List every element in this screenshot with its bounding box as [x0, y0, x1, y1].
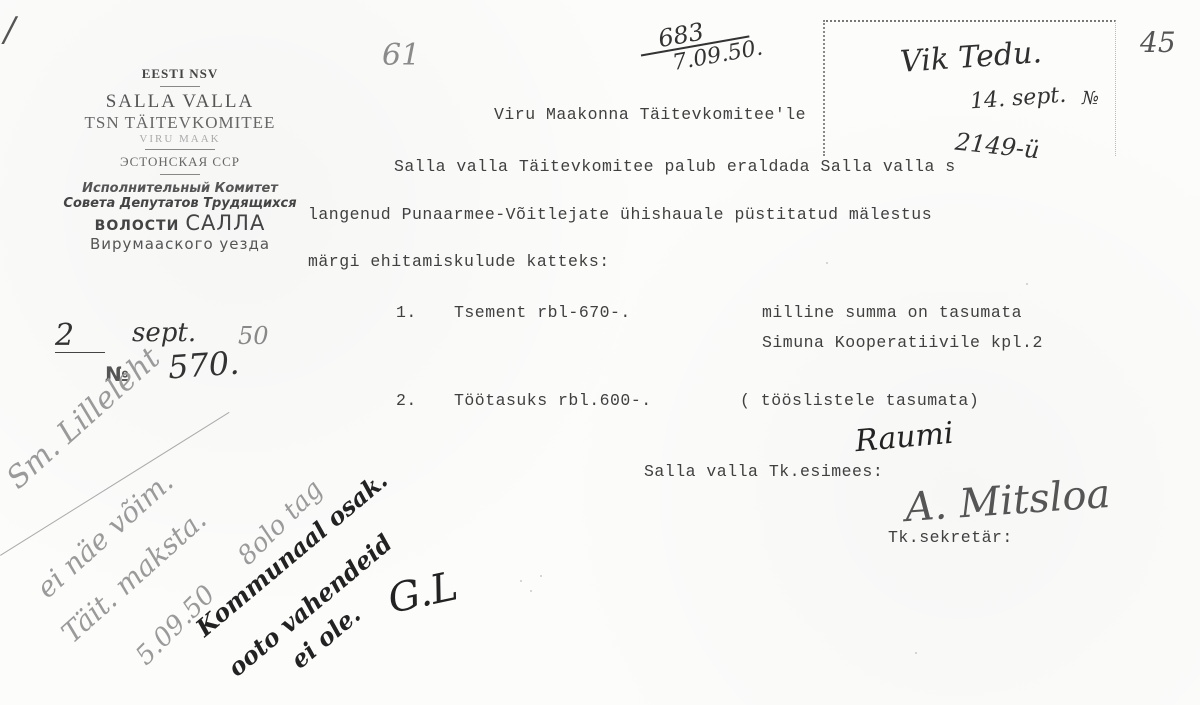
secretary-label: Tk.sekretär:	[888, 528, 1013, 547]
chairman-signature: Raumi	[854, 416, 955, 459]
incoming-registration: 683 7.09.50.	[636, 8, 764, 81]
stamp-line-uezda: Вирумааского уезда	[40, 235, 320, 253]
stamp-rule	[160, 86, 200, 87]
item-1-number: 1.	[396, 303, 417, 322]
item-2-note: ( tööslistele tasumata)	[740, 391, 979, 410]
item-1-note-line1: milline summa on tasumata	[762, 303, 1022, 322]
archive-folio-number: 45	[1140, 26, 1176, 59]
received-note-number-sign: №	[1082, 88, 1099, 109]
item-1-note-line2: Simuna Kooperatiivile kpl.2	[762, 333, 1043, 352]
issuer-stamp: EESTI NSV SALLA VALLA TSN TÄITEVKOMITEE …	[40, 60, 320, 253]
margin-note-initials: G.L	[384, 563, 462, 623]
stamp-line-volosti: ВОЛОСТИСАЛЛА	[40, 211, 320, 235]
scan-speck	[540, 575, 542, 577]
archive-sheet-number: 61	[382, 38, 420, 73]
stamp-volosti-prefix: ВОЛОСТИ	[95, 218, 180, 234]
stamp-date-day: 2	[55, 318, 74, 353]
item-2-label: Töötasuks rbl.600-.	[454, 391, 652, 410]
stamp-line-estonian-ssr: ЭСТОНСКАЯ ССР	[40, 154, 320, 170]
margin-note-light-line1: Sm. Lilleleht	[0, 341, 167, 496]
body-line-1: Salla valla Täitevkomitee palub eraldada…	[394, 157, 956, 176]
item-2-number: 2.	[396, 391, 417, 410]
chairman-label: Salla valla Tk.esimees:	[644, 462, 883, 481]
stamp-line-tsn: TSN TÄITEVKOMITEE	[40, 113, 320, 133]
stamp-rule	[160, 174, 200, 175]
stamp-number-value: 570.	[167, 344, 241, 387]
stamp-date-year: 50	[238, 322, 269, 350]
stamp-line-eesti-nsv: EESTI NSV	[40, 66, 320, 82]
stamp-date-underline	[55, 352, 105, 353]
scan-speck	[915, 652, 917, 654]
scan-speck	[520, 580, 522, 582]
addressee: Viru Maakonna Täitevkomitee'le	[494, 105, 806, 124]
stamp-rule	[145, 149, 215, 150]
secretary-signature: A. Mitsloa	[904, 471, 1112, 531]
stamp-line-salla-valla: SALLA VALLA	[40, 91, 320, 113]
stamp-volosti-name: САЛЛА	[185, 211, 265, 235]
body-line-3: märgi ehitamiskulude katteks:	[308, 252, 610, 271]
scan-speck	[1026, 283, 1028, 285]
stamp-line-soveta: Совета Депутатов Трудящихся	[40, 196, 320, 211]
left-margin-mark: /	[4, 10, 15, 50]
stamp-line-viru-maak: VIRU MAAK	[40, 133, 320, 145]
body-line-2: langenud Punaarmee-Võitlejate ühishauale…	[308, 205, 932, 224]
stamp-line-ispolkom: Исполнительный Комитет	[40, 181, 320, 196]
scanned-document-page: / 61 683 7.09.50. Vik Tedu. 14. sept. № …	[0, 0, 1200, 705]
scan-speck	[826, 262, 828, 264]
scan-speck	[530, 590, 532, 592]
item-1-label: Tsement rbl-670-.	[454, 303, 631, 322]
